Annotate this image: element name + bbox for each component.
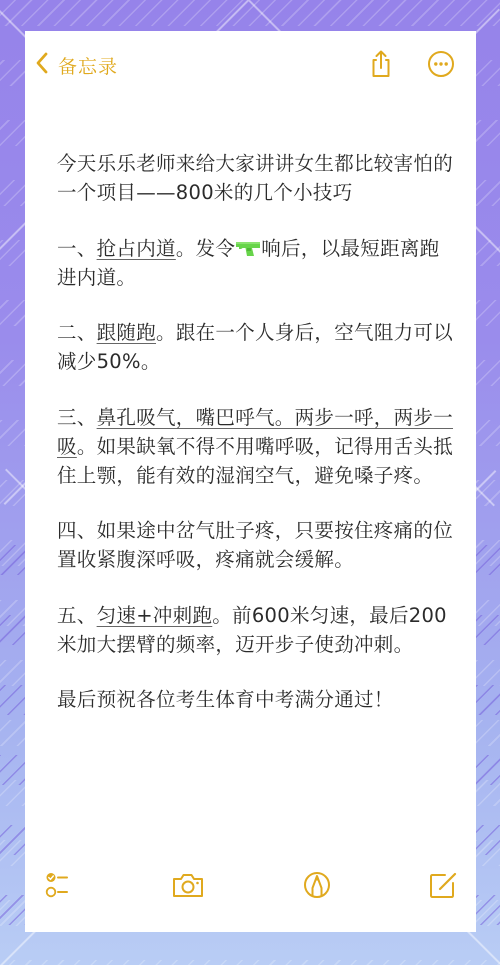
note-intro: 今天乐乐老师来给大家讲讲女生都比较害怕的一个项目——800米的几个小技巧: [57, 149, 457, 207]
water-pistol-icon: [235, 236, 261, 254]
bottom-toolbar: [25, 852, 476, 932]
note-card: 备忘录 今天乐乐老师来给大家讲讲女生都比较害怕的一个项目——800米的几个小技巧…: [25, 31, 476, 932]
navigation-bar: 备忘录: [25, 31, 476, 101]
ellipsis-circle-icon: [426, 49, 456, 79]
chevron-left-icon: [34, 51, 50, 79]
tip-prefix: 二、: [57, 321, 97, 344]
tip-2: 二、跟随跑。跟在一个人身后，空气阻力可以减少50%。: [57, 318, 457, 376]
tip-4: 四、如果途中岔气肚子疼，只要按住疼痛的位置收紧腹深呼吸，疼痛就会缓解。: [57, 516, 457, 574]
back-label: 备忘录: [58, 52, 118, 79]
tip-body: 如果途中岔气肚子疼，只要按住疼痛的位置收紧腹深呼吸，疼痛就会缓解。: [57, 519, 453, 571]
tip-title: 匀速+冲刺跑: [97, 604, 213, 627]
tip-3: 三、鼻孔吸气，嘴巴呼气。两步一呼，两步一吸。如果缺氧不得不用嘴呼吸，记得用舌头抵…: [57, 403, 457, 490]
note-body[interactable]: 今天乐乐老师来给大家讲讲女生都比较害怕的一个项目——800米的几个小技巧 一、抢…: [57, 149, 457, 741]
tip-body-before-icon: 。发令: [176, 237, 235, 260]
camera-icon: [171, 869, 205, 901]
note-closing: 最后预祝各位考生体育中考满分通过！: [57, 685, 457, 714]
tip-prefix: 五、: [57, 604, 97, 627]
tip-body: 。如果缺氧不得不用嘴呼吸，记得用舌头抵住上颚，能有效的湿润空气，避免嗓子疼。: [57, 435, 453, 487]
tip-title: 抢占内道: [97, 237, 176, 260]
compose-icon: [427, 869, 461, 901]
checklist-icon: [42, 869, 76, 901]
markup-pen-icon: [300, 869, 334, 901]
share-icon: [366, 49, 396, 79]
camera-button[interactable]: [171, 869, 205, 901]
tip-prefix: 三、: [57, 406, 97, 429]
tip-5: 五、匀速+冲刺跑。前600米匀速，最后200米加大摆臂的频率，迈开步子使劲冲刺。: [57, 601, 457, 659]
share-button[interactable]: [366, 49, 396, 79]
compose-button[interactable]: [427, 869, 461, 901]
more-button[interactable]: [426, 49, 456, 79]
markup-button[interactable]: [300, 869, 334, 901]
tip-prefix: 四、: [57, 519, 97, 542]
tip-1: 一、抢占内道。发令响后，以最短距离跑进内道。: [57, 234, 457, 292]
back-button[interactable]: 备忘录: [34, 51, 118, 79]
tip-prefix: 一、: [57, 237, 97, 260]
tip-title: 跟随跑: [97, 321, 156, 344]
checklist-button[interactable]: [42, 869, 76, 901]
